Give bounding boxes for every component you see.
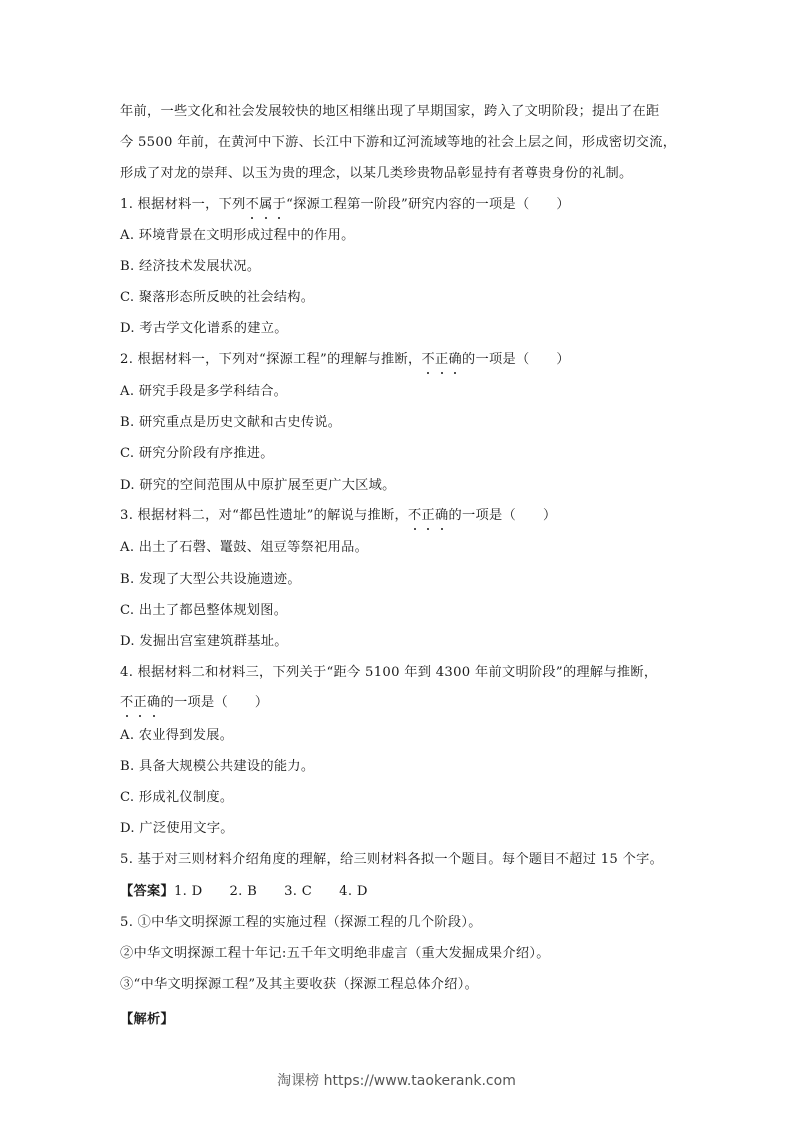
question-3-stem: 3. 根据材料二，对“都邑性遗址”的解说与推断，不正确的一项是（ ） xyxy=(120,507,556,525)
question-3-option-c: C. 出土了都邑整体规划图。 xyxy=(120,602,287,620)
stem-text: 的一项是（ ） xyxy=(449,508,557,523)
emphasis-char: 正 xyxy=(422,507,436,525)
stem-text: 1. 根据材料一，下列 xyxy=(120,197,246,212)
emphasis-char: 不 xyxy=(120,694,134,712)
question-3-option-b: B. 发现了大型公共设施遗迹。 xyxy=(120,571,301,589)
question-4-option-c: C. 形成礼仪制度。 xyxy=(120,789,233,807)
question-2-option-d: D. 研究的空间范围从中原扩展至更广大区域。 xyxy=(120,477,396,495)
material-line: 今 5500 年前，在黄河中下游、长江中下游和辽河流域等地的社会上层之间，形成密… xyxy=(120,134,676,152)
question-1-option-a: A. 环境背景在文明形成过程中的作用。 xyxy=(120,227,355,245)
stem-text: 的一项是（ ） xyxy=(462,352,570,367)
question-1-stem: 1. 根据材料一，下列不属于“探源工程第一阶段”研究内容的一项是（ ） xyxy=(120,196,570,214)
answer-choices: 1. D 2. B 3. C 4. D xyxy=(174,884,368,899)
question-4-stem-line2: 不正确的一项是（ ） xyxy=(120,694,268,712)
question-4-stem-line1: 4. 根据材料二和材料三，下列关于“距今 5100 年到 4300 年前文明阶段… xyxy=(120,664,657,682)
emphasis-char: 确 xyxy=(435,507,449,525)
question-2-stem: 2. 根据材料一，下列对“探源工程”的理解与推断，不正确的一项是（ ） xyxy=(120,351,570,369)
answer-q5-line: ③“中华文明探源工程”及其主要收获（探源工程总体介绍）。 xyxy=(120,976,478,994)
question-3-option-a: A. 出土了石磬、鼍鼓、俎豆等祭祀用品。 xyxy=(120,539,368,557)
question-1-option-c: C. 聚落形态所反映的社会结构。 xyxy=(120,289,314,307)
material-line: 形成了对龙的崇拜、以玉为贵的理念，以某几类珍贵物品彰显持有者尊贵身份的礼制。 xyxy=(120,165,633,183)
material-line: 年前，一些文化和社会发展较快的地区相继出现了早期国家，跨入了文明阶段；提出了在距 xyxy=(120,103,660,121)
analysis-label: 【解析】 xyxy=(120,1011,174,1029)
document-page: 年前，一些文化和社会发展较快的地区相继出现了早期国家，跨入了文明阶段；提出了在距… xyxy=(0,0,793,1122)
emphasis-char: 于 xyxy=(273,196,287,214)
answer-q5-line: ②中华文明探源工程十年记:五千年文明绝非虚言（重大发掘成果介绍）。 xyxy=(120,945,550,963)
stem-text: 的一项是（ ） xyxy=(161,695,269,710)
emphasis-char: 属 xyxy=(259,196,273,214)
question-4-option-b: B. 具备大规模公共建设的能力。 xyxy=(120,758,314,776)
question-1-option-b: B. 经济技术发展状况。 xyxy=(120,258,260,276)
footer-watermark: 淘课榜 https://www.taokerank.com xyxy=(0,1070,793,1090)
emphasis-char: 正 xyxy=(435,351,449,369)
question-1-option-d: D. 考古学文化谱系的建立。 xyxy=(120,320,288,338)
emphasis-char: 不 xyxy=(422,351,436,369)
question-4-option-d: D. 广泛使用文字。 xyxy=(120,820,234,838)
question-2-option-b: B. 研究重点是历史文献和古史传说。 xyxy=(120,414,341,432)
question-2-option-c: C. 研究分阶段有序推进。 xyxy=(120,445,274,463)
question-3-option-d: D. 发掘出宫室建筑群基址。 xyxy=(120,633,288,651)
question-5-stem: 5. 基于对三则材料介绍角度的理解，给三则材料各拟一个题目。每个题目不超过 15… xyxy=(120,851,663,869)
stem-text: 3. 根据材料二，对“都邑性遗址”的解说与推断， xyxy=(120,508,408,523)
emphasis-char: 确 xyxy=(147,694,161,712)
question-4-option-a: A. 农业得到发展。 xyxy=(120,727,233,745)
answer-line: 【答案】1. D 2. B 3. C 4. D xyxy=(120,883,368,901)
emphasis-char: 不 xyxy=(246,196,260,214)
emphasis-char: 不 xyxy=(408,507,422,525)
emphasis-char: 确 xyxy=(449,351,463,369)
stem-text: “探源工程第一阶段”研究内容的一项是（ ） xyxy=(286,197,570,212)
emphasis-char: 正 xyxy=(134,694,148,712)
stem-text: 2. 根据材料一，下列对“探源工程”的理解与推断， xyxy=(120,352,422,367)
answer-q5-line: 5. ①中华文明探源工程的实施过程（探源工程的几个阶段）。 xyxy=(120,914,482,932)
answer-label: 【答案】 xyxy=(120,884,174,899)
question-2-option-a: A. 研究手段是多学科结合。 xyxy=(120,383,287,401)
